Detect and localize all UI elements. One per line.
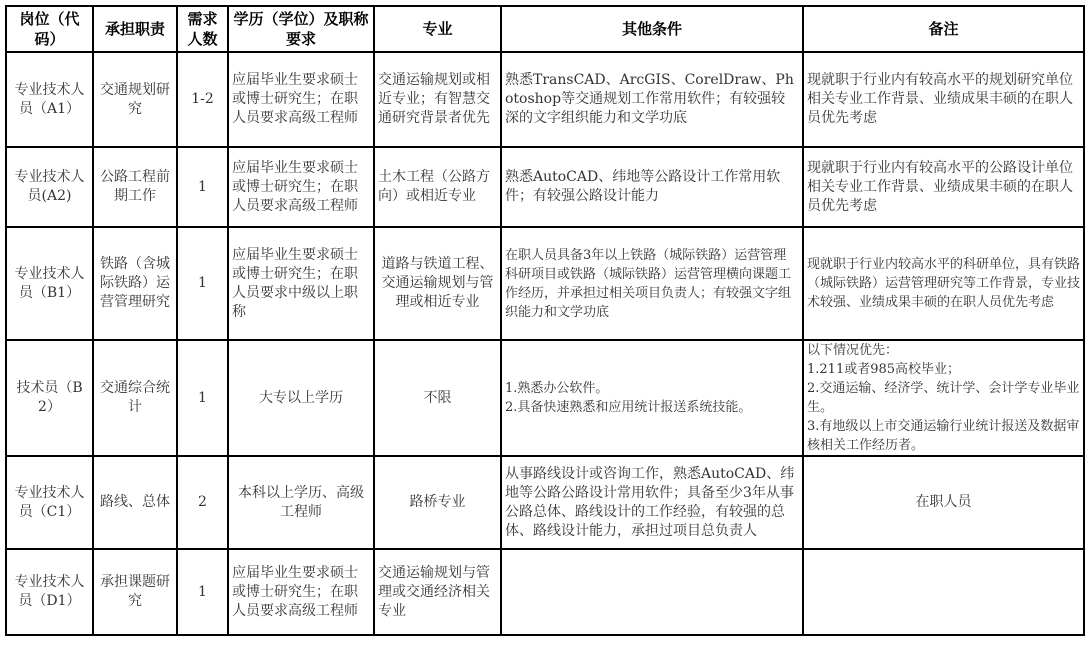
cell-remarks — [803, 549, 1084, 635]
cell-remarks: 现就职于行业内较高水平的科研单位，具有铁路（城际铁路）运营管理研究等工作背景，专… — [803, 227, 1084, 340]
cell-position: 专业技术人员(A2) — [6, 147, 93, 227]
cell-major: 土木工程（公路方向）或相近专业 — [374, 147, 501, 227]
cell-count: 2 — [177, 456, 228, 549]
cell-count: 1-2 — [177, 52, 228, 147]
cell-education: 应届毕业生要求硕士或博士研究生；在职人员要求高级工程师 — [228, 549, 374, 635]
cell-remarks: 现就职于行业内有较高水平的规划研究单位相关专业工作背景、业绩成果丰硕的在职人员优… — [803, 52, 1084, 147]
cell-duties: 公路工程前期工作 — [93, 147, 177, 227]
table-row: 专业技术人员（D1） 承担课题研究 1 应届毕业生要求硕士或博士研究生；在职人员… — [6, 549, 1084, 635]
cell-duties: 承担课题研究 — [93, 549, 177, 635]
cell-duties: 交通规划研究 — [93, 52, 177, 147]
table-row: 专业技术人员(A2) 公路工程前期工作 1 应届毕业生要求硕士或博士研究生；在职… — [6, 147, 1084, 227]
cell-duties: 交通综合统计 — [93, 340, 177, 456]
header-position: 岗位（代码） — [6, 6, 93, 52]
cell-position: 专业技术人员（C1） — [6, 456, 93, 549]
table-row: 专业技术人员（A1） 交通规划研究 1-2 应届毕业生要求硕士或博士研究生；在职… — [6, 52, 1084, 147]
remarks-line: 以下情况优先： — [807, 341, 1080, 360]
table-row: 专业技术人员（C1） 路线、总体 2 本科以上学历、高级工程师 路桥专业 从事路… — [6, 456, 1084, 549]
cell-other: 在职人员具备3年以上铁路（城际铁路）运营管理科研项目或铁路（城际铁路）运营管理横… — [501, 227, 803, 340]
header-duties: 承担职责 — [93, 6, 177, 52]
cell-other: 熟悉TransCAD、ArcGIS、CorelDraw、Photoshop等交通… — [501, 52, 803, 147]
cell-major: 路桥专业 — [374, 456, 501, 549]
cell-count: 1 — [177, 340, 228, 456]
header-row: 岗位（代码） 承担职责 需求人数 学历（学位）及职称要求 专业 其他条件 备注 — [6, 6, 1084, 52]
header-education: 学历（学位）及职称要求 — [228, 6, 374, 52]
cell-position: 技术员（B2） — [6, 340, 93, 456]
other-line: 2.具备快速熟悉和应用统计报送系统技能。 — [505, 398, 799, 417]
header-remarks: 备注 — [803, 6, 1084, 52]
cell-education: 应届毕业生要求硕士或博士研究生；在职人员要求高级工程师 — [228, 52, 374, 147]
cell-duties: 路线、总体 — [93, 456, 177, 549]
job-requirements-table: 岗位（代码） 承担职责 需求人数 学历（学位）及职称要求 专业 其他条件 备注 … — [5, 5, 1085, 636]
cell-other: 熟悉AutoCAD、纬地等公路设计工作常用软件；有较强公路设计能力 — [501, 147, 803, 227]
cell-count: 1 — [177, 549, 228, 635]
cell-remarks: 现就职于行业内有较高水平的公路设计单位相关专业工作背景、业绩成果丰硕的在职人员优… — [803, 147, 1084, 227]
remarks-line: 1.211或者985高校毕业； — [807, 360, 1080, 379]
cell-major: 不限 — [374, 340, 501, 456]
cell-major: 交通运输规划与管理或交通经济相关专业 — [374, 549, 501, 635]
cell-education: 应届毕业生要求硕士或博士研究生；在职人员要求中级以上职称 — [228, 227, 374, 340]
cell-remarks: 在职人员 — [803, 456, 1084, 549]
cell-major: 道路与铁道工程、交通运输规划与管理或相近专业 — [374, 227, 501, 340]
table-row: 技术员（B2） 交通综合统计 1 大专以上学历 不限 1.熟悉办公软件。 2.具… — [6, 340, 1084, 456]
cell-position: 专业技术人员（D1） — [6, 549, 93, 635]
remarks-line: 3.有地级以上市交通运输行业统计报送及数据审核相关工作经历者。 — [807, 417, 1080, 455]
remarks-line: 2.交通运输、经济学、统计学、会计学专业毕业生。 — [807, 379, 1080, 417]
cell-position: 专业技术人员（B1） — [6, 227, 93, 340]
header-major: 专业 — [374, 6, 501, 52]
header-count: 需求人数 — [177, 6, 228, 52]
cell-count: 1 — [177, 147, 228, 227]
cell-other: 1.熟悉办公软件。 2.具备快速熟悉和应用统计报送系统技能。 — [501, 340, 803, 456]
cell-position: 专业技术人员（A1） — [6, 52, 93, 147]
header-other: 其他条件 — [501, 6, 803, 52]
cell-education: 应届毕业生要求硕士或博士研究生；在职人员要求高级工程师 — [228, 147, 374, 227]
cell-other: 从事路线设计或咨询工作，熟悉AutoCAD、纬地等公路公路设计常用软件；具备至少… — [501, 456, 803, 549]
other-line: 1.熟悉办公软件。 — [505, 379, 799, 398]
cell-other — [501, 549, 803, 635]
cell-remarks: 以下情况优先： 1.211或者985高校毕业； 2.交通运输、经济学、统计学、会… — [803, 340, 1084, 456]
cell-duties: 铁路（含城际铁路）运营管理研究 — [93, 227, 177, 340]
cell-major: 交通运输规划或相近专业；有智慧交通研究背景者优先 — [374, 52, 501, 147]
cell-education: 大专以上学历 — [228, 340, 374, 456]
cell-count: 1 — [177, 227, 228, 340]
cell-education: 本科以上学历、高级工程师 — [228, 456, 374, 549]
table-row: 专业技术人员（B1） 铁路（含城际铁路）运营管理研究 1 应届毕业生要求硕士或博… — [6, 227, 1084, 340]
